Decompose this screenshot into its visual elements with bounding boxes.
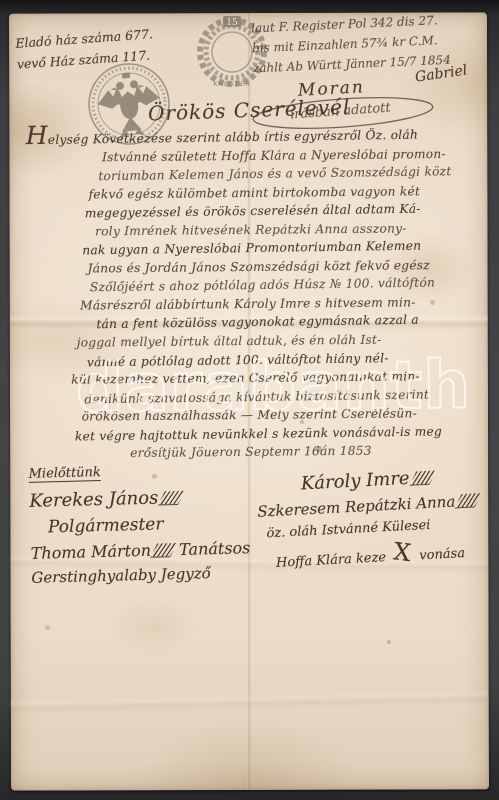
body-line: fekvő egész külömbet amint birtokomba va… [88, 181, 478, 203]
mark-line-pre: Hoffa Klára keze [276, 550, 387, 571]
photo-background: 15 KREUZER Eladó ház száma 677. vevő Ház… [0, 0, 499, 800]
manu-propria-flourish [455, 493, 482, 508]
party1-name: Károly Imre [300, 468, 410, 495]
mayor-signature: Kerekes János [29, 485, 249, 512]
officials-signature-block: Mielőttünk Kerekes János Polgármester Th… [28, 457, 251, 593]
body-line: Másrészről alábbírtunk Károly Imre s hit… [80, 293, 480, 315]
hand-cross-mark: X [392, 537, 412, 567]
mark-line: Hoffa Klára keze X vonása [275, 534, 481, 573]
darabanth-watermark: darabanth [76, 346, 497, 427]
foxing-spot [45, 625, 50, 630]
party2-name: Szkeresem Repátzki Anna [257, 492, 456, 520]
councilor-title: Tanátsos [179, 538, 251, 559]
mayor-name: Kerekes János [29, 488, 159, 512]
parties-signature-block: Károly Imre Szkeresem Repátzki Anna öz. … [255, 464, 481, 577]
councilor-signature: Thoma Márton Tanátsos [30, 538, 250, 563]
body-line: roly Imrének hitvesének Repátzki Anna as… [95, 218, 479, 240]
foxing-spot [387, 640, 391, 644]
notary-signature: Gerstinghyalaby Jegyző [31, 563, 251, 587]
mark-line-post: vonása [419, 546, 465, 563]
councilor-name: Thoma Márton [30, 541, 151, 563]
witness-heading: Mielőttünk [28, 465, 101, 483]
manu-propria-flourish [158, 491, 185, 506]
manu-propria-flourish [409, 470, 436, 485]
stamp-value: 15 [226, 18, 238, 28]
mayor-title: Polgármester [48, 512, 250, 537]
manu-propria-flourish [150, 543, 177, 558]
stamp-currency: KREUZER [213, 80, 251, 88]
